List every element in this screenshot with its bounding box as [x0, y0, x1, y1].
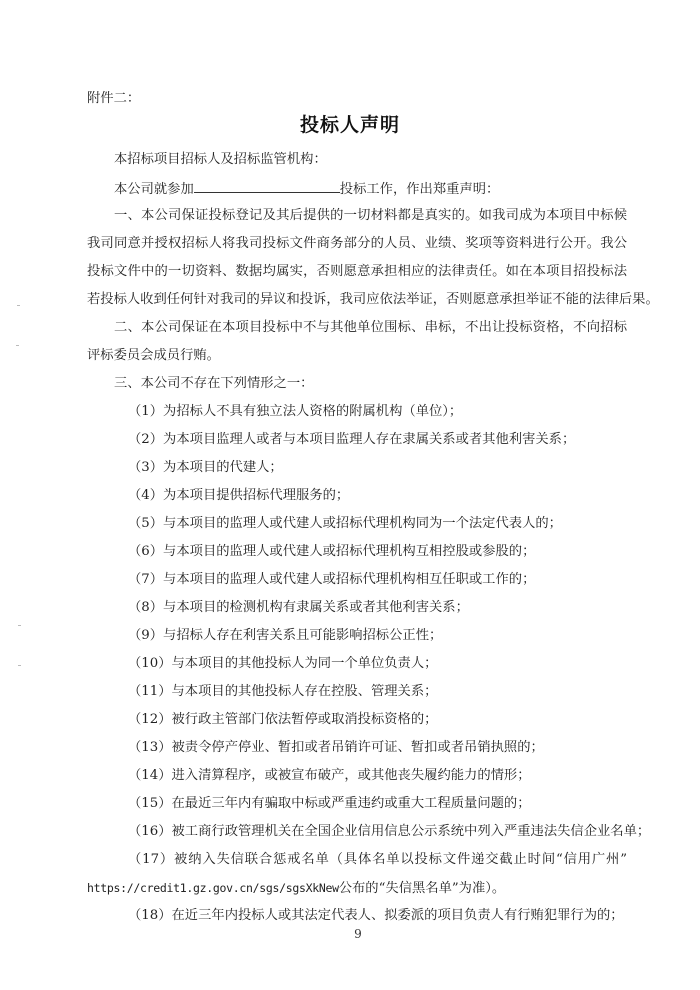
list-item: （11）与本项目的其他投标人存在控股、管理关系；: [128, 683, 627, 701]
list-item: （13）被责令停产停业、暂扣或者吊销许可证、暂扣或者吊销执照的；: [128, 739, 627, 757]
intro-suffix: 投标工作，作出郑重声明：: [340, 182, 500, 197]
project-name-blank: [194, 179, 340, 193]
list-item-17-line2: https://credit1.gz.gov.cn/sgs/sgsXkNew公布…: [87, 879, 627, 898]
section1-line: 我司同意并授权招标人将我司投标文件商务部分的人员、业绩、奖项等资料进行公开。我公…: [87, 235, 627, 253]
scan-mark: [18, 625, 21, 626]
list-item: （15）在最近三年内有骗取中标或严重违约或重大工程质量问题的；: [128, 795, 627, 813]
list-item: （16）被工商行政管理机关在全国企业信用信息公示系统中列入严重违法失信企业名单；: [128, 823, 627, 841]
intro-prefix: 本公司就参加: [114, 182, 194, 197]
intro-line: 本公司就参加投标工作，作出郑重声明：: [114, 179, 627, 199]
section2-line: 二、本公司保证在本项目投标中不与其他单位围标、串标，不出让投标资格，不向招标人或: [114, 319, 627, 337]
list-item: （6）与本项目的监理人或代建人或招标代理机构互相控股或参股的；: [128, 543, 627, 561]
list-item: （14）进入清算程序，或被宣布破产，或其他丧失履约能力的情形；: [128, 767, 627, 785]
section1-line: 若投标人收到任何针对我司的异议和投诉，我司应依法举证，否则愿意承担举证不能的法律…: [87, 291, 627, 309]
page-number: 9: [0, 927, 700, 941]
list-item: （7）与本项目的监理人或代建人或招标代理机构相互任职或工作的；: [128, 571, 627, 589]
list-item: （3）为本项目的代建人；: [128, 459, 627, 477]
list-item: （10）与本项目的其他投标人为同一个单位负责人；: [128, 655, 627, 673]
section3-heading: 三、本公司不存在下列情形之一：: [114, 375, 627, 393]
list-item-17-line1: （17）被纳入失信联合惩戒名单（具体名单以投标文件递交截止时间“信用广州”: [128, 851, 627, 869]
list-item-17-suffix: 公布的“失信黑名单”为准）。: [339, 881, 506, 896]
scan-mark: [16, 345, 19, 346]
attachment-label: 附件二：: [87, 90, 627, 108]
section2-line: 评标委员会成员行贿。: [87, 347, 627, 365]
document-page: 附件二： 投标人声明 本招标项目招标人及招标监管机构： 本公司就参加投标工作，作…: [0, 0, 700, 990]
list-item: （5）与本项目的监理人或代建人或招标代理机构同为一个法定代表人的；: [128, 515, 627, 533]
list-item: （9）与招标人存在利害关系且可能影响招标公正性；: [128, 627, 627, 645]
list-item: （2）为本项目监理人或者与本项目监理人存在隶属关系或者其他利害关系；: [128, 431, 627, 449]
scan-mark: [17, 305, 20, 306]
document-title: 投标人声明: [0, 112, 700, 138]
addressee: 本招标项目招标人及招标监管机构：: [114, 151, 627, 169]
scan-mark: [18, 665, 21, 666]
section1-line: 一、本公司保证投标登记及其后提供的一切材料都是真实的。如我司成为本项目中标候选人…: [114, 207, 627, 225]
list-item: （12）被行政主管部门依法暂停或取消投标资格的；: [128, 711, 627, 729]
credit-url: https://credit1.gz.gov.cn/sgs/sgsXkNew: [87, 881, 339, 895]
list-item: （1）为招标人不具有独立法人资格的附属机构（单位）；: [128, 403, 627, 421]
list-item: （8）与本项目的检测机构有隶属关系或者其他利害关系；: [128, 599, 627, 617]
list-item: （18）在近三年内投标人或其法定代表人、拟委派的项目负责人有行贿犯罪行为的；: [128, 907, 627, 925]
section1-line: 投标文件中的一切资料、数据均属实，否则愿意承担相应的法律责任。如在本项目招投标法…: [87, 263, 627, 281]
list-item: （4）为本项目提供招标代理服务的；: [128, 487, 627, 505]
